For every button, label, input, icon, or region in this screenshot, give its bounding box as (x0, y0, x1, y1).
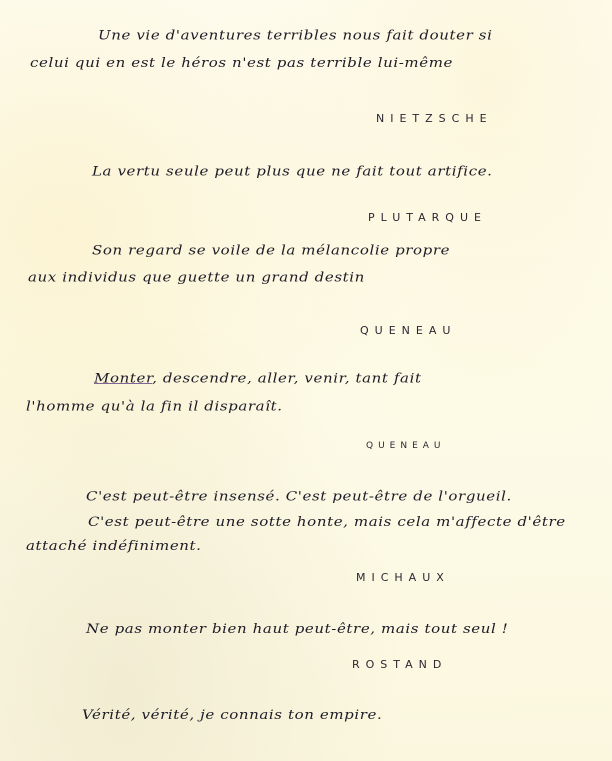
quote-6-author: ROSTAND (352, 658, 447, 671)
quote-3-line-1: Son regard se voile de la mélancolie pro… (92, 242, 450, 257)
quote-5-line-2: C'est peut-être une sotte honte, mais ce… (88, 514, 566, 529)
quote-1-author: NIETZSCHE (376, 112, 493, 125)
quote-4-line-1-rest: , descendre, aller, venir, tant fait (152, 370, 422, 385)
quote-3-author: QUENEAU (360, 324, 456, 337)
quote-4-underlined-word: Monter (94, 370, 152, 385)
manuscript-page: Une vie d'aventures terribles nous fait … (0, 0, 612, 761)
quote-2-line-1: La vertu seule peut plus que ne fait tou… (92, 163, 493, 178)
quote-4-author: QUENEAU (366, 441, 446, 451)
quote-6-line-1: Ne pas monter bien haut peut-être, mais … (86, 621, 508, 636)
quote-5-author: MICHAUX (356, 571, 450, 584)
quote-7-line-1: Vérité, vérité, je connais ton empire. (82, 707, 382, 722)
quote-5-line-3: attaché indéfiniment. (26, 538, 202, 553)
quote-2-author: PLUTARQUE (368, 211, 487, 224)
quote-1-line-1: Une vie d'aventures terribles nous fait … (98, 27, 492, 42)
quote-1-line-2: celui qui en est le héros n'est pas terr… (30, 55, 453, 70)
quote-5-line-1: C'est peut-être insensé. C'est peut-être… (86, 488, 512, 503)
quote-4-line-1: Monter, descendre, aller, venir, tant fa… (94, 370, 422, 385)
quote-3-line-2: aux individus que guette un grand destin (28, 269, 365, 284)
quote-4-line-2: l'homme qu'à la fin il disparaît. (26, 398, 283, 413)
